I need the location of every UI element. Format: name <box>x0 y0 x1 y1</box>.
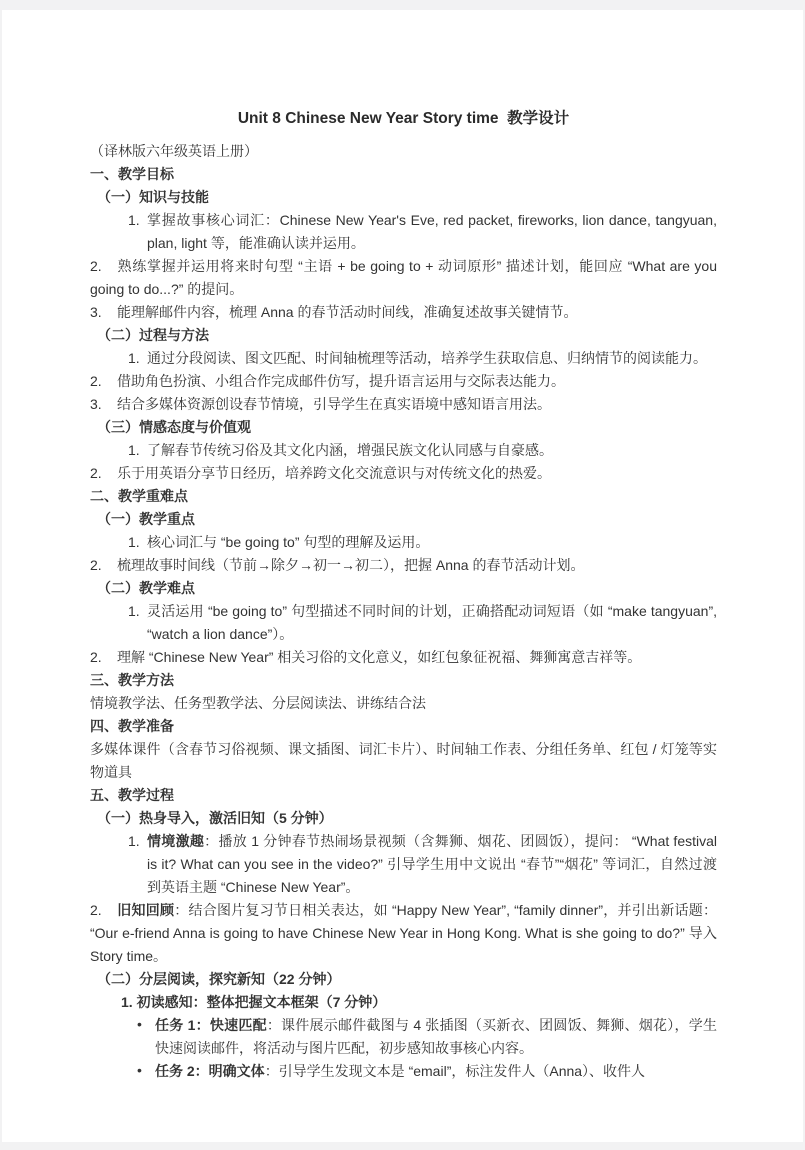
document-page: Unit 8 Chinese New Year Story time 教学设计 … <box>2 10 803 1142</box>
doc-paragraph: 1.通过分段阅读、图文匹配、时间轴梳理等活动，培养学生获取信息、归纳情节的阅读能… <box>90 347 717 370</box>
doc-text-segment: 灵活运用 “be going to” 句型描述不同时间的计划，正确搭配动词短语（… <box>147 603 717 642</box>
list-number-marker: 2. <box>90 554 117 577</box>
doc-paragraph: 1.了解春节传统习俗及其文化内涵，增强民族文化认同感与自豪感。 <box>90 439 717 462</box>
list-number-marker: 1. <box>128 439 140 462</box>
doc-paragraph: （译林版六年级英语上册） <box>90 140 717 163</box>
doc-paragraph: •任务 2：明确文体：引导学生发现文本是 “email”，标注发件人（Anna）… <box>90 1060 717 1083</box>
list-number-marker: 2. <box>90 370 117 393</box>
doc-text-segment: 三、教学方法 <box>90 672 174 688</box>
doc-text-segment: 情境激趣 <box>147 833 204 849</box>
doc-paragraph: 多媒体课件（含春节习俗视频、课文插图、词汇卡片）、时间轴工作表、分组任务单、红包… <box>90 738 717 784</box>
doc-text-segment: 乐于用英语分享节日经历，培养跨文化交流意识与对传统文化的热爱。 <box>117 465 551 481</box>
doc-paragraph: 2.熟练掌握并运用将来时句型 “主语 + be going to + 动词原形”… <box>90 255 717 301</box>
doc-text-segment: 1. 初读感知：整体把握文本框架（7 分钟） <box>121 994 386 1010</box>
doc-paragraph: （二）过程与方法 <box>90 324 717 347</box>
doc-text-segment: ：引导学生发现文本是 “email”，标注发件人（Anna）、收件人 <box>265 1063 645 1079</box>
doc-paragraph: 1.核心词汇与 “be going to” 句型的理解及运用。 <box>90 531 717 554</box>
doc-text-segment: 五、教学过程 <box>90 787 174 803</box>
list-number-marker: 2. <box>90 899 117 922</box>
doc-paragraph: 四、教学准备 <box>90 715 717 738</box>
bullet-marker: • <box>137 1013 142 1036</box>
doc-paragraph: （一）教学重点 <box>90 508 717 531</box>
page-title: Unit 8 Chinese New Year Story time 教学设计 <box>90 106 717 131</box>
doc-text-segment: 二、教学重难点 <box>90 488 188 504</box>
doc-paragraph: 一、教学目标 <box>90 163 717 186</box>
doc-text-segment: 四、教学准备 <box>90 718 174 734</box>
document-body: （译林版六年级英语上册）一、教学目标（一）知识与技能1.掌握故事核心词汇：Chi… <box>90 140 717 1083</box>
doc-text-segment: ：结合图片复习节日相关表达，如 “Happy New Year”, “famil… <box>90 902 717 964</box>
doc-paragraph: 2.旧知回顾：结合图片复习节日相关表达，如 “Happy New Year”, … <box>90 899 717 968</box>
doc-paragraph: •任务 1：快速匹配：课件展示邮件截图与 4 张插图（买新衣、团圆饭、舞狮、烟花… <box>90 1014 717 1060</box>
list-number-marker: 1. <box>128 209 140 232</box>
doc-paragraph: 1. 初读感知：整体把握文本框架（7 分钟） <box>90 991 717 1014</box>
doc-text-segment: ：播放 1 分钟春节热闹场景视频（含舞狮、烟花、团圆饭），提问： “What f… <box>147 833 717 895</box>
doc-paragraph: 1.情境激趣：播放 1 分钟春节热闹场景视频（含舞狮、烟花、团圆饭），提问： “… <box>90 830 717 899</box>
doc-text-segment: 旧知回顾 <box>117 902 174 918</box>
doc-text-segment: （一）热身导入，激活旧知（5 分钟） <box>97 810 333 826</box>
document-viewer: Unit 8 Chinese New Year Story time 教学设计 … <box>0 0 805 1150</box>
doc-text-segment: 理解 “Chinese New Year” 相关习俗的文化意义，如红包象征祝福、… <box>117 649 641 665</box>
list-number-marker: 2. <box>90 462 117 485</box>
doc-text-segment: 一、教学目标 <box>90 166 174 182</box>
doc-text-segment: 情境教学法、任务型教学法、分层阅读法、讲练结合法 <box>90 695 426 711</box>
doc-text-segment: 结合多媒体资源创设春节情境，引导学生在真实语境中感知语言用法。 <box>117 396 551 412</box>
doc-text-segment: （译林版六年级英语上册） <box>90 143 258 159</box>
doc-text-segment: 掌握故事核心词汇：Chinese New Year's Eve, red pac… <box>147 212 717 251</box>
doc-text-segment: （三）情感态度与价值观 <box>97 419 251 435</box>
doc-paragraph: 2.理解 “Chinese New Year” 相关习俗的文化意义，如红包象征祝… <box>90 646 717 669</box>
list-number-marker: 3. <box>90 393 117 416</box>
list-number-marker: 1. <box>128 531 140 554</box>
doc-paragraph: 2.梳理故事时间线（节前→除夕→初一→初二），把握 Anna 的春节活动计划。 <box>90 554 717 577</box>
doc-paragraph: 3.结合多媒体资源创设春节情境，引导学生在真实语境中感知语言用法。 <box>90 393 717 416</box>
doc-text-segment: 核心词汇与 “be going to” 句型的理解及运用。 <box>147 534 429 550</box>
doc-text-segment: （一）教学重点 <box>97 511 195 527</box>
doc-paragraph: （三）情感态度与价值观 <box>90 416 717 439</box>
doc-paragraph: 三、教学方法 <box>90 669 717 692</box>
doc-paragraph: 二、教学重难点 <box>90 485 717 508</box>
doc-text-segment: 借助角色扮演、小组合作完成邮件仿写，提升语言运用与交际表达能力。 <box>117 373 565 389</box>
doc-paragraph: （一）热身导入，激活旧知（5 分钟） <box>90 807 717 830</box>
doc-paragraph: 情境教学法、任务型教学法、分层阅读法、讲练结合法 <box>90 692 717 715</box>
doc-text-segment: （二）过程与方法 <box>97 327 209 343</box>
doc-paragraph: （二）分层阅读，探究新知（22 分钟） <box>90 968 717 991</box>
doc-paragraph: 2.借助角色扮演、小组合作完成邮件仿写，提升语言运用与交际表达能力。 <box>90 370 717 393</box>
list-number-marker: 1. <box>128 600 140 623</box>
doc-text-segment: 能理解邮件内容，梳理 Anna 的春节活动时间线，准确复述故事关键情节。 <box>117 304 577 320</box>
doc-paragraph: 1.灵活运用 “be going to” 句型描述不同时间的计划，正确搭配动词短… <box>90 600 717 646</box>
list-number-marker: 1. <box>128 347 140 370</box>
list-number-marker: 2. <box>90 646 117 669</box>
doc-paragraph: （二）教学难点 <box>90 577 717 600</box>
list-number-marker: 2. <box>90 255 117 278</box>
doc-text-segment: （二）教学难点 <box>97 580 195 596</box>
doc-paragraph: 五、教学过程 <box>90 784 717 807</box>
doc-text-segment: 梳理故事时间线（节前→除夕→初一→初二），把握 Anna 的春节活动计划。 <box>117 557 584 573</box>
bullet-marker: • <box>137 1059 142 1082</box>
doc-text-segment: 任务 1：快速匹配 <box>155 1017 267 1033</box>
doc-text-segment: 多媒体课件（含春节习俗视频、课文插图、词汇卡片）、时间轴工作表、分组任务单、红包… <box>90 741 717 780</box>
doc-paragraph: 3.能理解邮件内容，梳理 Anna 的春节活动时间线，准确复述故事关键情节。 <box>90 301 717 324</box>
doc-text-segment: 了解春节传统习俗及其文化内涵，增强民族文化认同感与自豪感。 <box>147 442 553 458</box>
doc-text-segment: （二）分层阅读，探究新知（22 分钟） <box>97 971 340 987</box>
doc-paragraph: 1.掌握故事核心词汇：Chinese New Year's Eve, red p… <box>90 209 717 255</box>
doc-text-segment: （一）知识与技能 <box>97 189 209 205</box>
doc-text-segment: 熟练掌握并运用将来时句型 “主语 + be going to + 动词原形” 描… <box>90 258 717 297</box>
doc-paragraph: 2.乐于用英语分享节日经历，培养跨文化交流意识与对传统文化的热爱。 <box>90 462 717 485</box>
doc-text-segment: 通过分段阅读、图文匹配、时间轴梳理等活动，培养学生获取信息、归纳情节的阅读能力。 <box>147 350 707 366</box>
list-number-marker: 3. <box>90 301 117 324</box>
doc-paragraph: （一）知识与技能 <box>90 186 717 209</box>
doc-text-segment: 任务 2：明确文体 <box>155 1063 265 1079</box>
list-number-marker: 1. <box>128 830 140 853</box>
